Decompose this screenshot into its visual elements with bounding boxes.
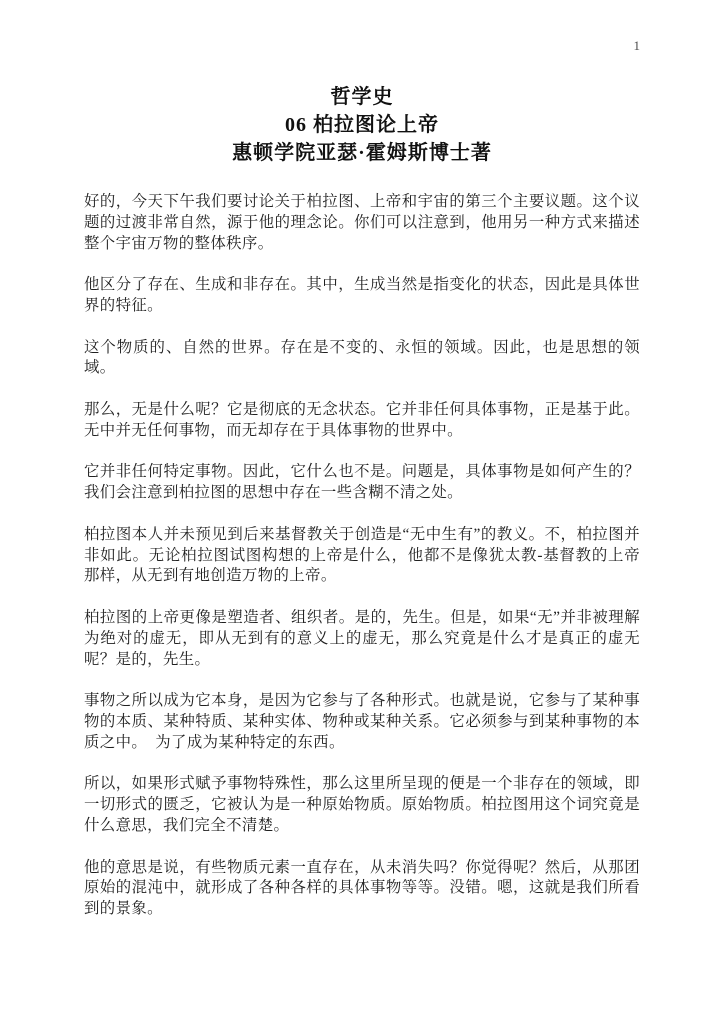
paragraph: 好的，今天下午我们要讨论关于柏拉图、上帝和宇宙的第三个主要议题。这个议题的过渡非… xyxy=(84,192,640,254)
paragraph: 所以，如果形式赋予事物特殊性，那么这里所呈现的便是一个非存在的领域，即一切形式的… xyxy=(84,774,640,836)
document-page: 1 哲学史 06 柏拉图论上帝 惠顿学院亚瑟·霍姆斯博士著 好的，今天下午我们要… xyxy=(0,0,724,1024)
paragraph: 他的意思是说，有些物质元素一直存在，从未消失吗？你觉得呢？然后，从那团原始的混沌… xyxy=(84,858,640,920)
paragraph: 这个物质的、自然的世界。存在是不变的、永恒的领域。因此，也是思想的领域。 xyxy=(84,338,640,380)
document-body: 好的，今天下午我们要讨论关于柏拉图、上帝和宇宙的第三个主要议题。这个议题的过渡非… xyxy=(84,192,640,920)
paragraph: 事物之所以成为它本身，是因为它参与了各种形式。也就是说，它参与了某种事物的本质、… xyxy=(84,691,640,753)
title-block: 哲学史 06 柏拉图论上帝 惠顿学院亚瑟·霍姆斯博士著 xyxy=(0,0,724,167)
paragraph: 它并非任何特定事物。因此，它什么也不是。问题是，具体事物是如何产生的？我们会注意… xyxy=(84,462,640,504)
document-subtitle: 06 柏拉图论上帝 xyxy=(0,111,724,139)
document-title: 哲学史 xyxy=(0,83,724,111)
paragraph: 柏拉图的上帝更像是塑造者、组织者。是的，先生。但是，如果“无”并非被理解为绝对的… xyxy=(84,608,640,670)
document-author: 惠顿学院亚瑟·霍姆斯博士著 xyxy=(0,139,724,167)
paragraph: 柏拉图本人并未预见到后来基督教关于创造是“无中生有”的教义。不，柏拉图并非如此。… xyxy=(84,525,640,587)
paragraph: 他区分了存在、生成和非存在。其中，生成当然是指变化的状态，因此是具体世界的特征。 xyxy=(84,275,640,317)
paragraph: 那么，无是什么呢？它是彻底的无念状态。它并非任何具体事物，正是基于此。无中并无任… xyxy=(84,400,640,442)
page-number: 1 xyxy=(634,38,641,54)
